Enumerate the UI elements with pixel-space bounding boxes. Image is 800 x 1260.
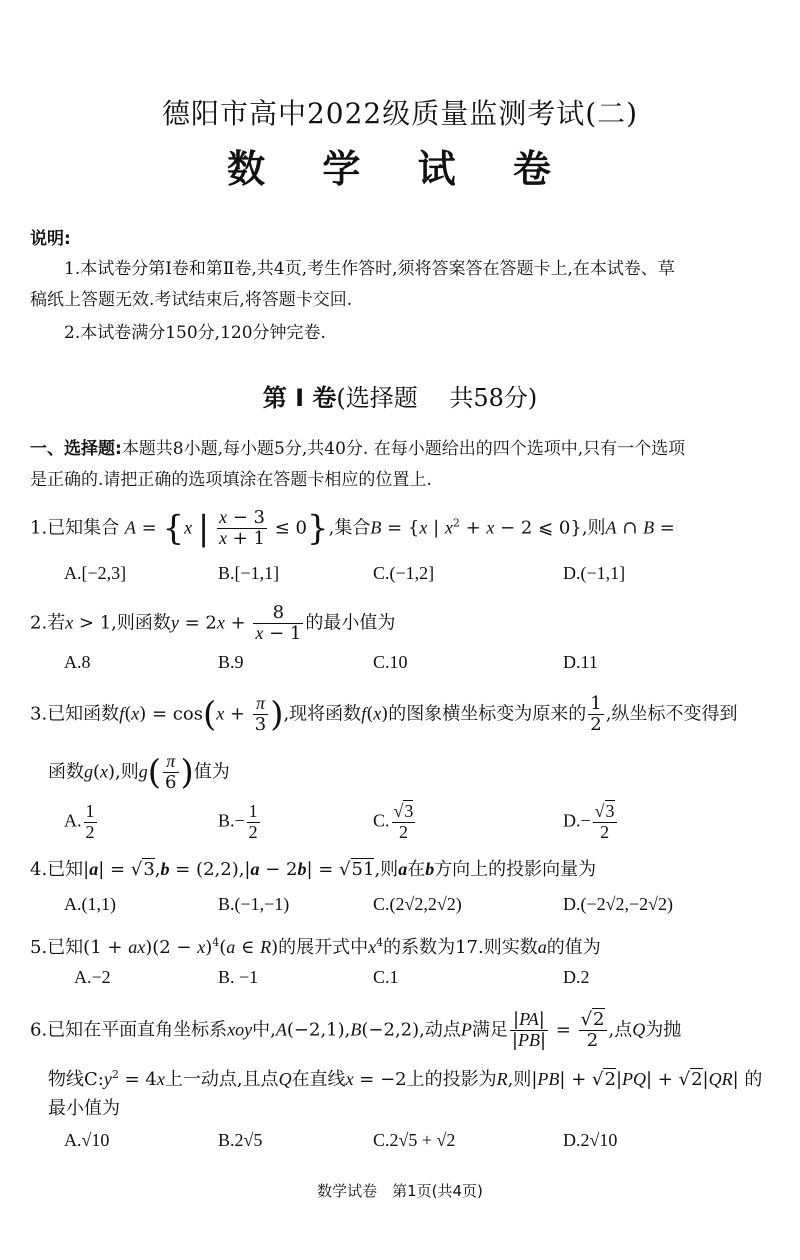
question-2-option-b[interactable]: B.9 [218, 652, 244, 673]
question-2-option-a[interactable]: A.8 [64, 652, 91, 673]
part1-desc-text: 本题共8小题,每小题5分,共40分. 在每小题给出的四个选项中,只有一个选项 [122, 439, 685, 459]
section-title-bold: 第 Ⅰ 卷 [263, 384, 337, 412]
question-3-option-b[interactable]: B.−12 [218, 802, 262, 843]
question-1-option-a[interactable]: A.[−2,3] [64, 563, 126, 584]
question-3-option-d[interactable]: D.−√32 [563, 802, 619, 843]
section-title-rest: (选择题 共58分) [336, 384, 537, 412]
fraction: π3 [253, 694, 268, 735]
part1-description-line-1: 一、选择题:本题共8小题,每小题5分,共40分. 在每小题给出的四个选项中,只有… [30, 438, 685, 460]
question-4-stem: 4.已知|a| = √3,b = (2,2),|a − 2b| = √51,则a… [30, 855, 596, 881]
question-number: 3. [30, 703, 47, 724]
exam-subject-title: 数 学 试 卷 [0, 138, 800, 193]
section-title: 第 Ⅰ 卷(选择题 共58分) [0, 378, 800, 413]
question-2-option-c[interactable]: C.10 [373, 652, 408, 673]
question-number: 1. [30, 517, 47, 538]
question-5-option-c[interactable]: C.1 [373, 967, 399, 988]
instructions-heading: 说明: [30, 224, 71, 249]
part1-description-line-2: 是正确的.请把正确的选项填涂在答题卡相应的位置上. [30, 469, 432, 491]
question-number: 6. [30, 1019, 47, 1040]
page-footer: 数学试卷 第1页(共4页) [0, 1180, 800, 1201]
question-5-option-a[interactable]: A.−2 [74, 967, 111, 988]
question-6-stem-line-3: 最小值为 [48, 1094, 120, 1120]
part1-label: 一、选择题: [30, 439, 122, 459]
question-2-option-d[interactable]: D.11 [563, 652, 598, 673]
question-6-option-a[interactable]: A.√10 [64, 1130, 109, 1151]
instruction-item-1-line-2: 稿纸上答题无效.考试结束后,将答题卡交回. [30, 289, 352, 311]
question-6-option-c[interactable]: C.2√5 + √2 [373, 1130, 455, 1151]
instruction-item-1-line-1: 1.本试卷分第Ⅰ卷和第Ⅱ卷,共4页,考生作答时,须将答案答在答题卡上,在本试卷、… [64, 258, 675, 280]
question-number: 2. [30, 612, 47, 633]
question-4-option-c[interactable]: C.(2√2,2√2) [373, 894, 462, 915]
question-6-stem-line-1: 6.已知在平面直角坐标系xoy中,A(−2,1),B(−2,2),动点P满足|P… [30, 1010, 681, 1051]
question-6-option-d[interactable]: D.2√10 [563, 1130, 617, 1151]
question-3-stem-line-1: 3.已知函数f(x) = cos(x + π3),现将函数f(x)的图象横坐标变… [30, 694, 737, 735]
question-number: 4. [30, 859, 47, 880]
question-2-stem: 2.若x > 1,则函数y = 2x + 8x − 1的最小值为 [30, 603, 395, 644]
fraction: 8x − 1 [253, 603, 303, 644]
fraction: √22 [579, 1010, 607, 1051]
question-5-option-b[interactable]: B. −1 [218, 967, 258, 988]
question-5-option-d[interactable]: D.2 [563, 967, 590, 988]
question-6-option-b[interactable]: B.2√5 [218, 1130, 262, 1151]
question-1-option-b[interactable]: B.[−1,1] [218, 563, 279, 584]
fraction: x − 3x + 1 [217, 508, 267, 549]
question-text: 已知集合 [47, 517, 119, 538]
fraction: |PA||PB| [510, 1010, 548, 1051]
fraction: π6 [163, 752, 178, 793]
exam-title: 德阳市高中2022级质量监测考试(二) [0, 92, 800, 132]
question-4-option-b[interactable]: B.(−1,−1) [218, 894, 289, 915]
question-number: 5. [30, 937, 47, 958]
question-6-stem-line-2: 物线C:y2 = 4x上一动点,且点Q在直线x = −2上的投影为R,则|PB|… [48, 1065, 762, 1091]
question-4-option-a[interactable]: A.(1,1) [64, 894, 116, 915]
question-3-stem-line-2: 函数g(x),则g(π6)值为 [48, 752, 230, 793]
question-1-option-c[interactable]: C.(−1,2] [373, 563, 434, 584]
question-3-option-c[interactable]: C.√32 [373, 802, 417, 843]
question-4-option-d[interactable]: D.(−2√2,−2√2) [563, 894, 673, 915]
fraction: 12 [588, 694, 603, 735]
instruction-item-2: 2.本试卷满分150分,120分钟完卷. [64, 322, 326, 344]
question-1-option-d[interactable]: D.(−1,1] [563, 563, 625, 584]
question-text: ,集合 [329, 517, 371, 538]
question-1-stem: 1.已知集合 A = {x | x − 3x + 1 ≤ 0},集合B = {x… [30, 508, 675, 549]
question-3-option-a[interactable]: A.12 [64, 802, 99, 843]
question-5-stem: 5.已知(1 + ax)(2 − x)4(a ∈ R)的展开式中x4的系数为17… [30, 933, 601, 959]
